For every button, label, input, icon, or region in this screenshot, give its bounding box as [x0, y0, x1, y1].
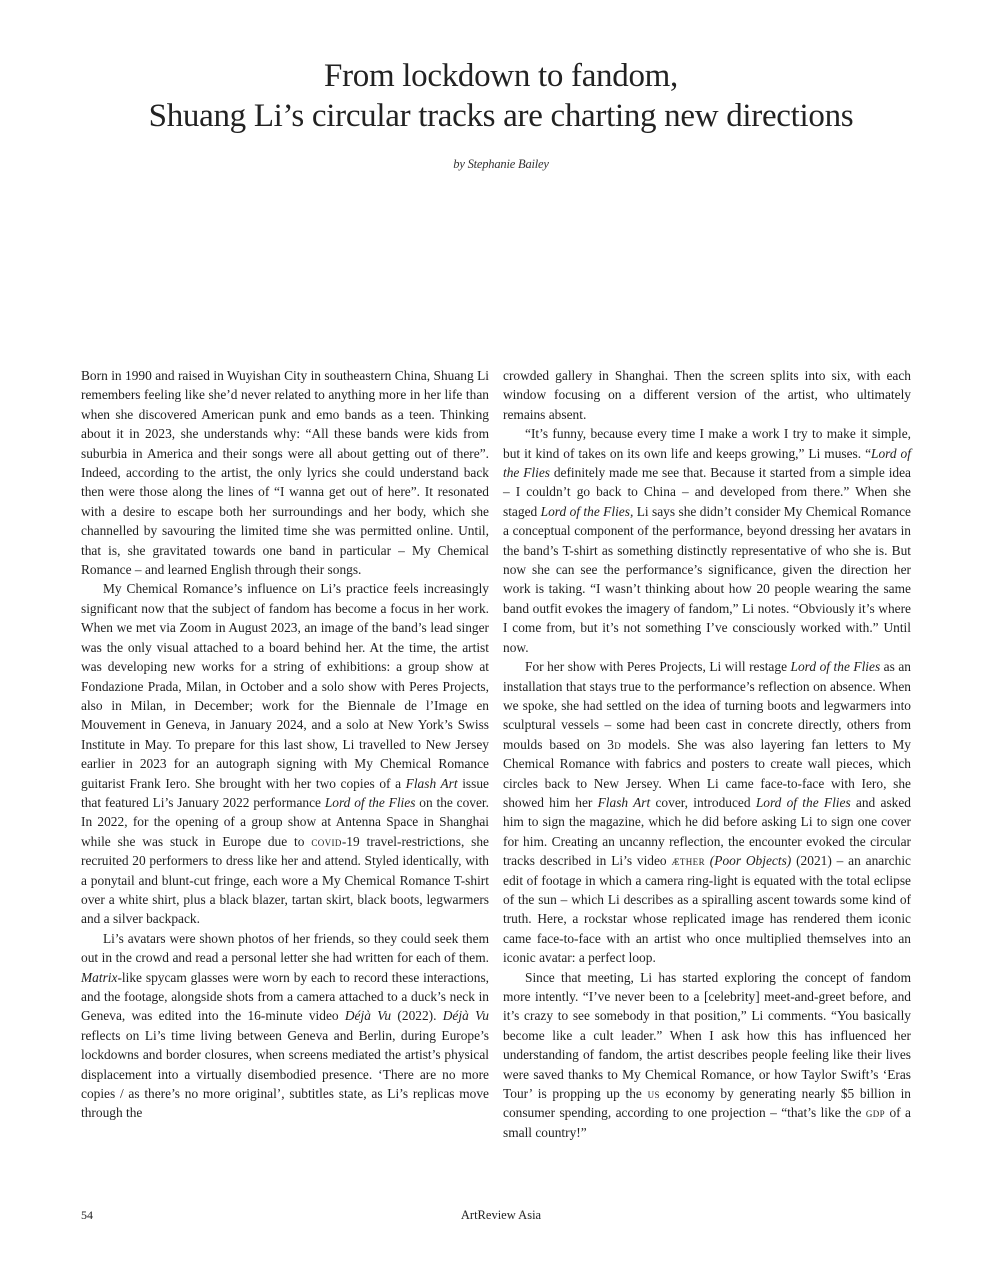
italic-title: Lord of the Flies	[325, 795, 416, 810]
italic-title: (Poor Objects)	[705, 853, 791, 868]
title-line-1: From lockdown to fandom,	[0, 56, 1002, 96]
italic-title: Lord of the Flies,	[541, 504, 634, 519]
small-caps-text: 3D	[607, 737, 621, 752]
italic-title: Lord of the Flies	[756, 795, 851, 810]
paragraph: Born in 1990 and raised in Wuyishan City…	[81, 366, 489, 579]
paragraph: My Chemical Romance’s influence on Li’s …	[81, 579, 489, 928]
paragraph-text: Li’s avatars were shown photos of her fr…	[81, 931, 489, 965]
paragraph-text: cover, intro­duced	[650, 795, 756, 810]
italic-title: Déjà Vu	[443, 1008, 489, 1023]
paragraph-text: “It’s funny, because every time I make a…	[503, 426, 911, 460]
paragraph: crowded gallery in Shanghai. Then the sc…	[503, 366, 911, 424]
title-line-2: Shuang Li’s circular tracks are charting…	[0, 96, 1002, 136]
italic-title: Flash Art	[598, 795, 651, 810]
paragraph: “It’s funny, because every time I make a…	[503, 424, 911, 657]
italic-title: Flash Art	[406, 776, 458, 791]
italic-title: Matrix	[81, 970, 117, 985]
paragraph-text: My Chemical Romance’s influence on Li’s …	[81, 581, 489, 790]
italic-title: Déjà Vu	[345, 1008, 391, 1023]
right-column: crowded gallery in Shanghai. Then the sc…	[503, 366, 911, 1142]
left-column: Born in 1990 and raised in Wuyishan City…	[81, 366, 489, 1123]
paragraph-text: (2021) – an anarchic edit of footage in …	[503, 853, 911, 965]
article-title: From lockdown to fandom, Shuang Li’s cir…	[0, 56, 1002, 136]
paragraph-text: crowded gallery in Shanghai. Then the sc…	[503, 368, 911, 422]
paragraph-text: For her show with Peres Projects, Li wil…	[525, 659, 791, 674]
small-caps-text: COVID	[311, 834, 342, 849]
paragraph-text: Li says she didn’t consider My Chemical …	[503, 504, 911, 655]
italic-title: Lord of the Flies	[791, 659, 881, 674]
paragraph-text: (2022).	[391, 1008, 443, 1023]
small-caps-text: ÆTHER	[671, 853, 705, 868]
byline: by Stephanie Bailey	[0, 157, 1002, 172]
paragraph-text: Since that meeting, Li has started explo…	[503, 970, 911, 1101]
magazine-name: ArtReview Asia	[0, 1208, 1002, 1223]
small-caps-text: US	[648, 1086, 660, 1101]
small-caps-text: GDP	[866, 1105, 885, 1120]
paragraph-text: Born in 1990 and raised in Wuyishan City…	[81, 368, 489, 577]
paragraph: For her show with Peres Projects, Li wil…	[503, 657, 911, 968]
paragraph: Li’s avatars were shown photos of her fr…	[81, 929, 489, 1123]
paragraph-text: reflects on Li’s time living between Gen…	[81, 1028, 489, 1121]
paragraph: Since that meeting, Li has started explo…	[503, 968, 911, 1143]
